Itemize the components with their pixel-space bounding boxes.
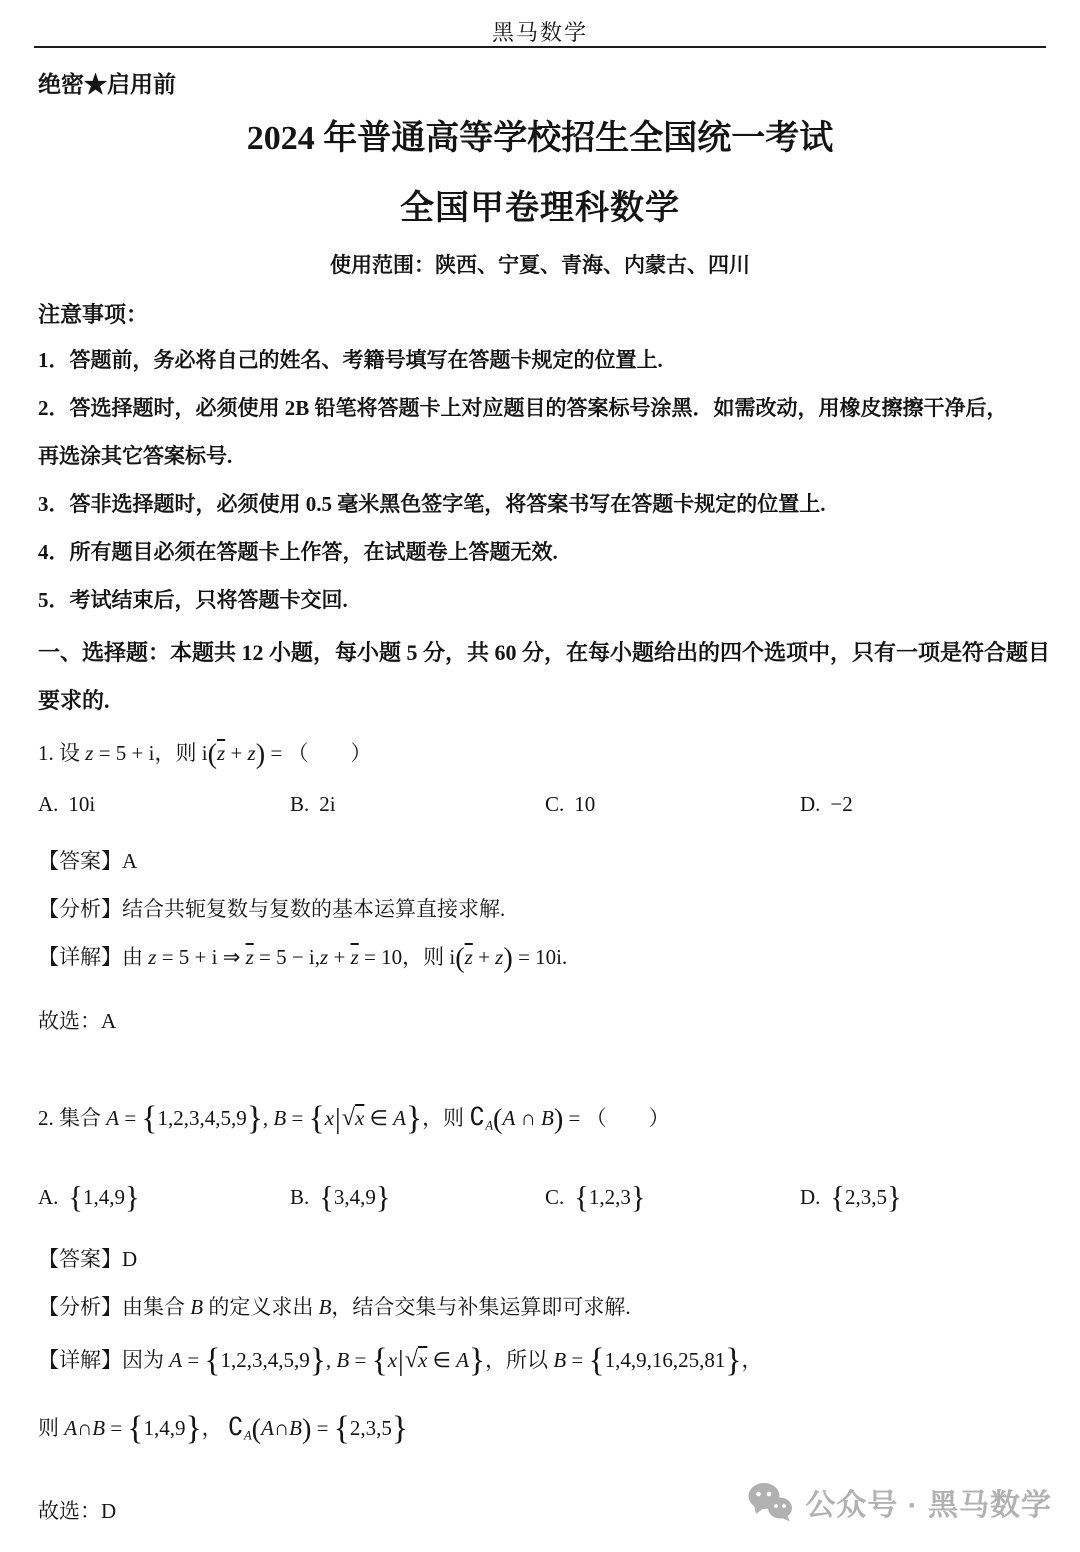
- question-1-option-b: B.2i: [290, 792, 336, 817]
- question-2-options: A.{1,4,9} B.{3,4,9} C.{1,2,3} D.{2,3,5}: [0, 1181, 1080, 1221]
- question-1-option-d: D.−2: [800, 792, 853, 817]
- question-2-analysis: 【分析】由集合 B 的定义求出 B，结合交集与补集运算即可求解.: [38, 1291, 631, 1321]
- option-label: D.: [800, 1185, 820, 1209]
- notice-item-5: 5．考试结束后，只将答题卡交回.: [38, 584, 348, 614]
- option-label: A.: [38, 1185, 58, 1209]
- question-1-option-a: A.10i: [38, 792, 95, 817]
- option-label: B.: [290, 792, 309, 816]
- wechat-icon: [747, 1482, 793, 1522]
- option-label: C.: [545, 792, 564, 816]
- question-1-stem: 1. 设 z = 5 + i，则 i(z + z) = （ ）: [38, 737, 372, 771]
- exam-subtitle: 全国甲卷理科数学: [0, 180, 1080, 229]
- option-value: 10i: [68, 792, 95, 816]
- question-1-option-c: C.10: [545, 792, 595, 817]
- notice-item-3: 3．答非选择题时，必须使用 0.5 毫米黑色签字笔，将答案书写在答题卡规定的位置…: [38, 488, 826, 518]
- option-value: {2,3,5}: [830, 1185, 901, 1209]
- exam-document-page: 黑马数学 绝密★启用前 2024 年普通高等学校招生全国统一考试 全国甲卷理科数…: [0, 0, 1080, 1552]
- question-2-stem: 2. 集合 A = {1,2,3,4,5,9}, B = {x|√x ∈ A}，…: [38, 1100, 670, 1138]
- notice-item-2: 2．答选择题时，必须使用 2B 铅笔将答题卡上对应题目的答案标号涂黑．如需改动，…: [38, 392, 1008, 422]
- question-1-options: A.10i B.2i C.10 D.−2: [0, 792, 1080, 832]
- page-header-brand: 黑马数学: [0, 16, 1080, 47]
- option-label: B.: [290, 1185, 309, 1209]
- question-1-conclusion: 故选：A: [38, 1005, 116, 1035]
- notice-item-4: 4．所有题目必须在答题卡上作答，在试题卷上答题无效.: [38, 536, 558, 566]
- classification-label: 绝密★启用前: [38, 66, 176, 99]
- section-heading-cont: 要求的.: [38, 684, 110, 715]
- section-heading: 一、选择题：本题共 12 小题，每小题 5 分，共 60 分，在每小题给出的四个…: [38, 636, 1050, 667]
- option-value: 2i: [319, 792, 335, 816]
- question-2-conclusion: 故选：D: [38, 1495, 116, 1525]
- question-2-solution-line-2: 则 A∩B = {1,4,9}， ∁A(A∩B) = {2,3,5}: [38, 1410, 408, 1448]
- footer-label: 公众号 · 黑马数学: [805, 1480, 1052, 1524]
- question-1-answer: 【答案】A: [38, 845, 137, 875]
- notice-item-1: 1．答题前，务必将自己的姓名、考籍号填写在答题卡规定的位置上.: [38, 344, 663, 374]
- option-value: {1,2,3}: [574, 1185, 645, 1209]
- question-1-analysis: 【分析】结合共轭复数与复数的基本运算直接求解.: [38, 893, 505, 923]
- notice-heading: 注意事项：: [38, 298, 148, 329]
- question-2-option-b: B.{3,4,9}: [290, 1181, 391, 1216]
- option-value: 10: [574, 792, 595, 816]
- question-2-option-a: A.{1,4,9}: [38, 1181, 140, 1216]
- option-label: A.: [38, 792, 58, 816]
- question-2-solution-line-1: 【详解】因为 A = {1,2,3,4,5,9}, B = {x|√x ∈ A}…: [38, 1342, 762, 1380]
- exam-title: 2024 年普通高等学校招生全国统一考试: [0, 110, 1080, 159]
- question-1-solution: 【详解】由 z = 5 + i ⇒ z = 5 − i,z + z = 10，则…: [38, 941, 567, 975]
- question-2-option-d: D.{2,3,5}: [800, 1181, 902, 1216]
- exam-scope: 使用范围：陕西、宁夏、青海、内蒙古、四川: [0, 249, 1080, 279]
- header-divider: [34, 46, 1046, 48]
- option-value: {3,4,9}: [319, 1185, 390, 1209]
- option-value: −2: [830, 792, 852, 816]
- option-value: {1,4,9}: [68, 1185, 139, 1209]
- option-label: D.: [800, 792, 820, 816]
- question-2-option-c: C.{1,2,3}: [545, 1181, 646, 1216]
- option-label: C.: [545, 1185, 564, 1209]
- notice-item-2-cont: 再选涂其它答案标号.: [38, 440, 232, 470]
- footer-watermark: 公众号 · 黑马数学: [747, 1480, 1052, 1524]
- question-2-answer: 【答案】D: [38, 1243, 137, 1273]
